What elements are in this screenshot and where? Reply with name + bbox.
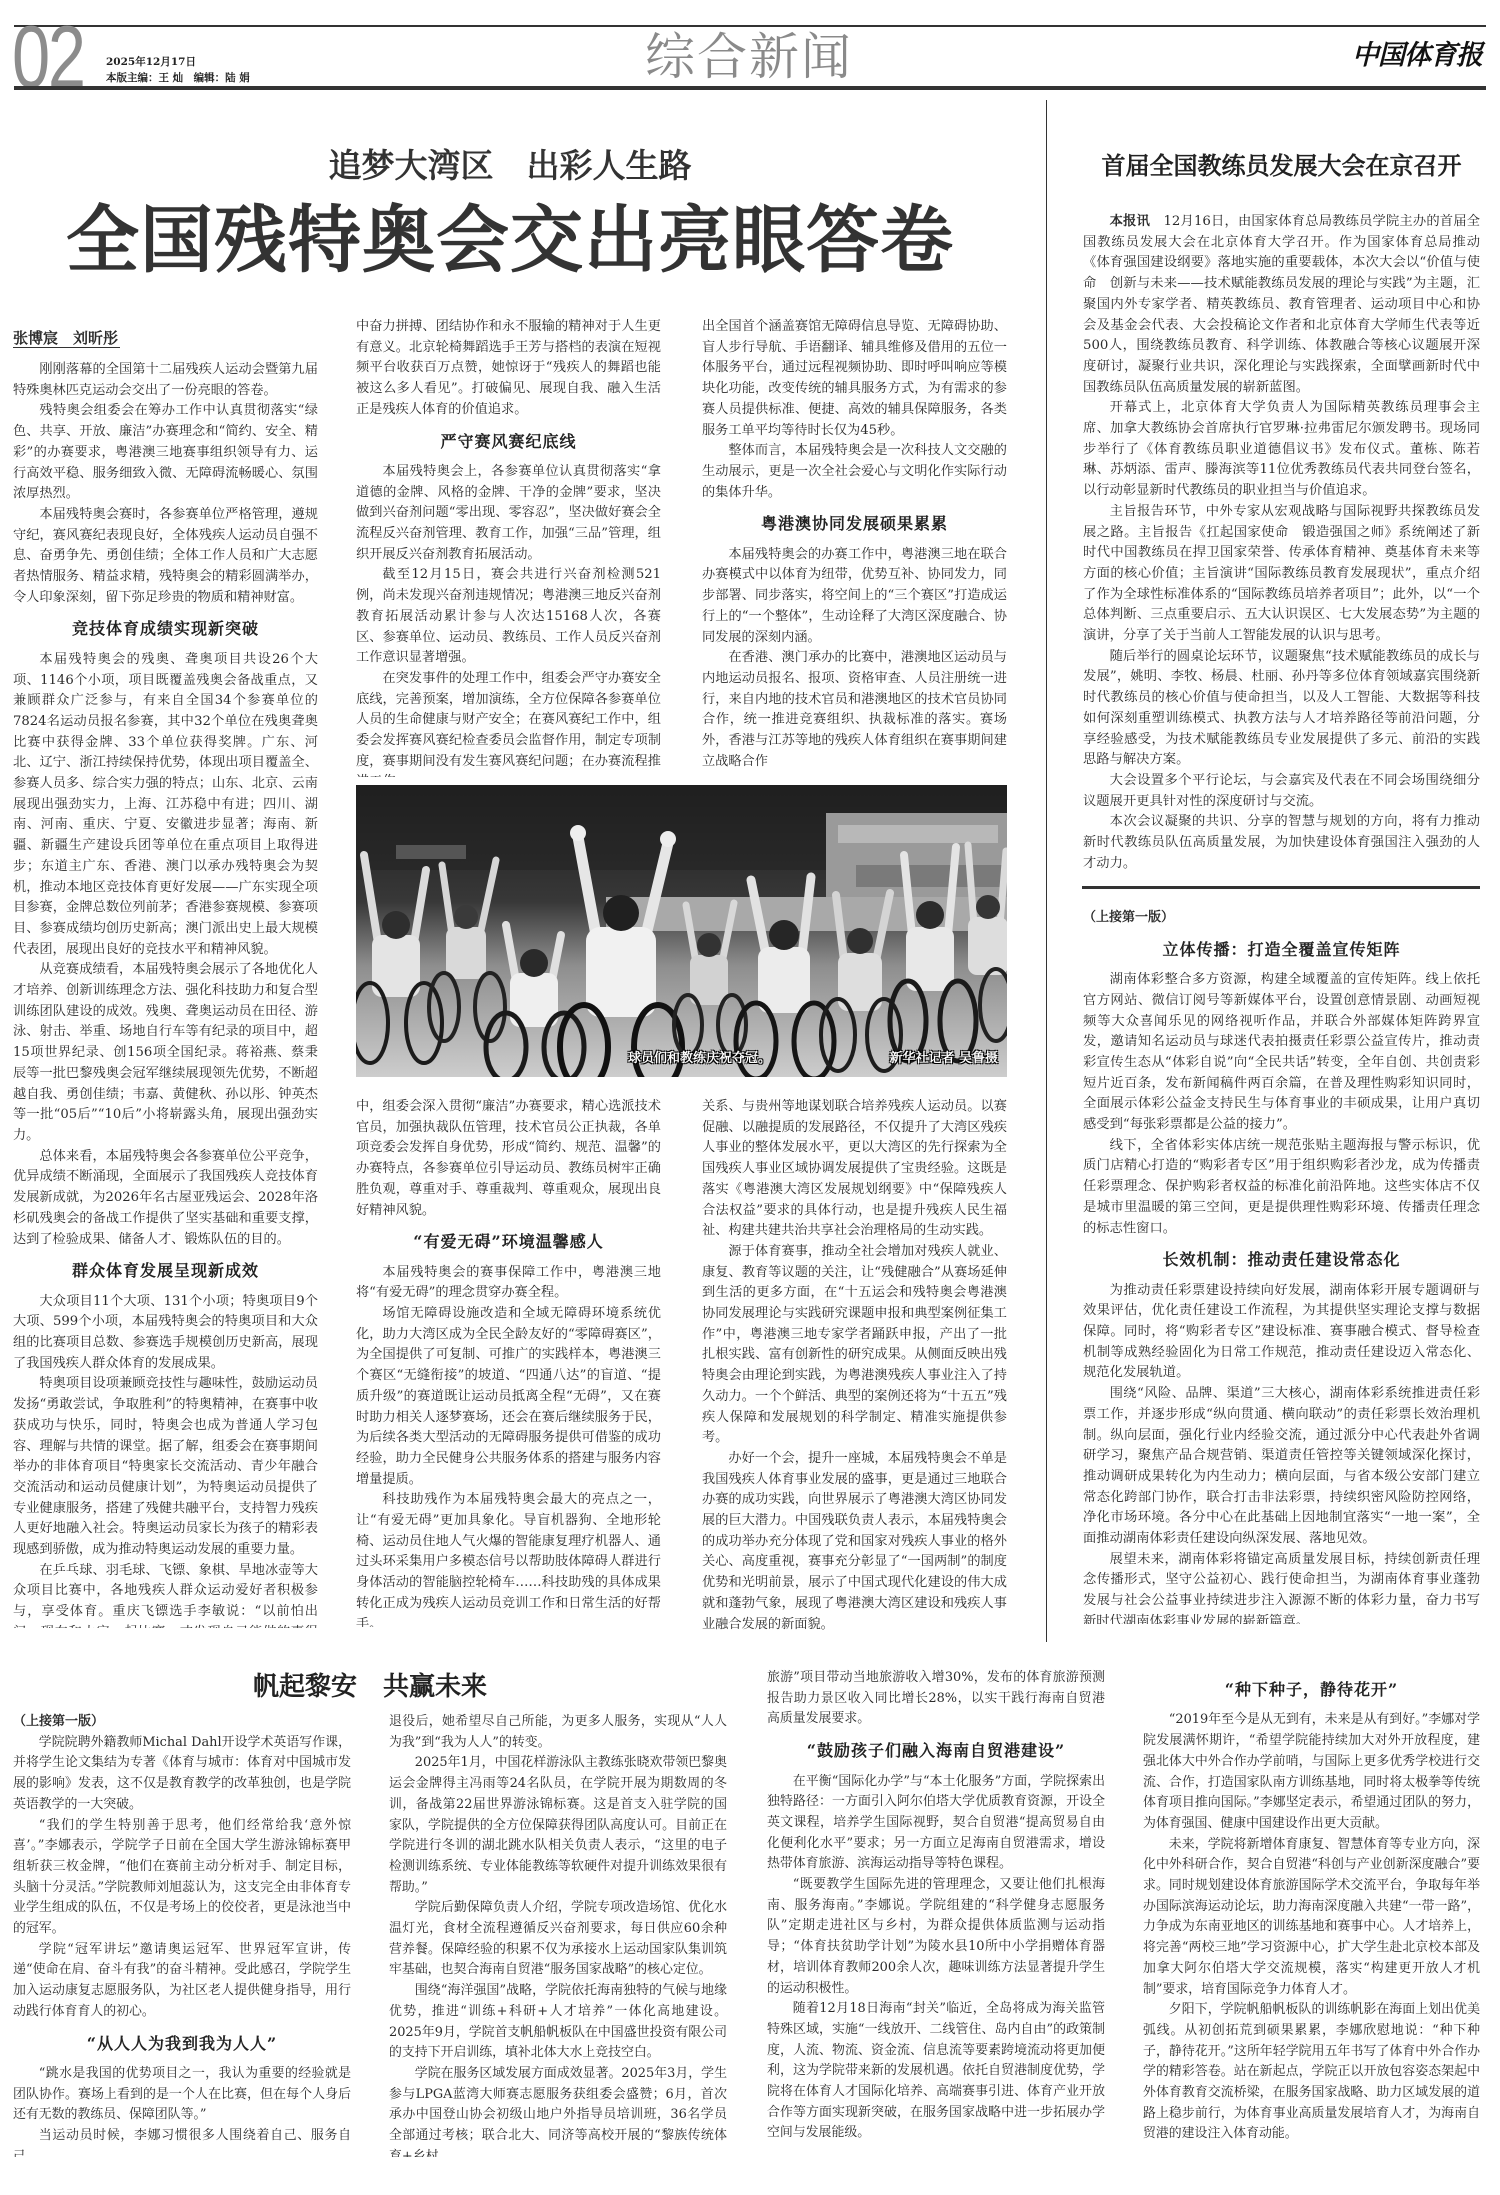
paragraph: 2025年1月，中国花样游泳队主教练张晓欢带领巴黎奥运会金牌得主冯雨等24名队员… <box>389 1753 727 1898</box>
issue-date: 2025年12月17日 <box>106 56 196 69</box>
section-heading: 长效机制：推动责任建设常态化 <box>1083 1239 1480 1280</box>
paragraph-continued: 中，组委会深入贯彻“廉洁”办赛要求，精心选派技术官员，加强执裁队伍管理，技术官员… <box>356 1097 661 1221</box>
vertical-column-divider <box>1046 100 1047 1642</box>
main-article-headline[interactable]: 全国残特奥会交出亮眼答卷 <box>13 203 1007 279</box>
continued-from-front-page-label: （上接第一版） <box>13 1712 351 1733</box>
paragraph: “跳水是我国的优势项目之一，我认为重要的经验就是团队协作。赛场上看到的是一个人在… <box>13 2064 351 2126</box>
paragraph: 本届残特奥会赛时，各参赛单位严格管理，遵规守纪，赛风赛纪表现良好，全体残疾人运动… <box>13 505 318 609</box>
paragraph: 特奥项目设项兼顾竞技性与趣味性，鼓励运动员发扬“勇敢尝试，争取胜利”的特奥精神，… <box>13 1374 318 1560</box>
paragraph: 学院在服务区域发展方面成效显著。2025年3月，学生参与LPGA蓝湾大师赛志愿服… <box>389 2064 727 2157</box>
photo-credit: 新华社记者 吴鲁摄 <box>889 1051 998 1067</box>
paragraph: 当运动员时候，李娜习惯很多人围绕着自己、服务自己。 <box>13 2126 351 2157</box>
bottom-article-column-2: 退役后，她希望尽自己所能，为更多人服务，实现从“人人为我”到“我为人人”的转变。… <box>389 1712 727 2157</box>
paragraph: 学院“冠军讲坛”邀请奥运冠军、世界冠军宣讲，传递“使命在肩、奋斗有我”的奋斗精神… <box>13 1940 351 2023</box>
main-article-subtitle: 追梦大湾区 出彩人生路 <box>13 148 1007 184</box>
paragraph: 本届残特奥会的残奥、聋奥项目共设26个大项、1146个小项，项目既覆盖残奥会备战… <box>13 650 318 961</box>
paragraph: 主旨报告环节，中外专家从宏观战略与国际视野共探教练员发展之路。主旨报告《扛起国家… <box>1083 502 1480 647</box>
paragraph: 科技助残作为本届残特奥会最大的亮点之一，让“有爱无碍”更加具象化。导盲机器狗、全… <box>356 1490 661 1627</box>
paragraph: 大众项目11个大项、131个小项；特奥项目9个大项、599个小项，本届残特奥会的… <box>13 1292 318 1375</box>
paragraph: 办好一个会，提升一座城，本届残特奥会不单是我国残疾人体育事业发展的盛事，更是通过… <box>702 1449 1007 1635</box>
paragraph: 学院后勤保障负责人介绍，学院专项改造场馆、优化水温灯光，食材全流程遵循反兴奋剂要… <box>389 1898 727 1981</box>
section-heading: “有爱无碍”环境温馨感人 <box>356 1221 661 1262</box>
paragraph: 线下，全省体彩实体店统一规范张贴主题海报与警示标识，优质门店精心打造的“购彩者专… <box>1083 1136 1480 1240</box>
bottom-article-column-3: 旅游”项目带动当地旅游收入增30%，发布的体育旅游预测报告助力景区收入同比增长2… <box>767 1668 1105 2157</box>
bottom-article-column-4: “种下种子，静待花开” “2019年至今是从无到有，未来是从有到好。”李娜对学院… <box>1143 1669 1480 2157</box>
dateline-label: 本报讯 <box>1110 214 1150 229</box>
coach-article-body: 本报讯 12月16日，由国家体育总局教练员学院主办的首届全国教练员发展大会在北京… <box>1083 212 1480 874</box>
main-article-byline: 张博宸 刘昕彤 <box>13 329 120 348</box>
paragraph: 整体而言，本届残特奥会是一次科技人文交融的生动展示，更是一次全社会爱心与文明化作… <box>702 441 1007 503</box>
editors-credit: 本版主编：王 灿 编辑：陆 娟 <box>106 72 250 85</box>
paragraph: 截至12月15日，赛会共进行兴奋剂检测521例，尚未发现兴奋剂违规情况；粤港澳三… <box>356 565 661 669</box>
section-heading: “从人人为我到我为人人” <box>13 2023 351 2064</box>
paragraph: 大会设置多个平行论坛，与会嘉宾及代表在不同会场围绕细分议题展开更具针对性的深度研… <box>1083 771 1480 812</box>
paragraph-text: 12月16日，由国家体育总局教练员学院主办的首届全国教练员发展大会在北京体育大学… <box>1083 214 1480 395</box>
paragraph: 为推动责任彩票建设持续向好发展，湖南体彩开展专题调研与效果评估，优化责任建设工作… <box>1083 1281 1480 1385</box>
paragraph: 围绕“风险、品牌、渠道”三大核心，湖南体彩系统推进责任彩票工作，并逐步形成“纵向… <box>1083 1384 1480 1550</box>
paragraph: 总体来看，本届残特奥会各参赛单位公平竞争，优异成绩不断涌现，全面展示了我国残疾人… <box>13 1147 318 1251</box>
bottom-article-column-1: （上接第一版） 学院院聘外籍教师Michal Dahl开设学术英语写作课，并将学… <box>13 1712 351 2157</box>
paragraph: 在香港、澳门承办的比赛中，港澳地区运动员与内地运动员报名、报项、资格审查、人员注… <box>702 648 1007 772</box>
paragraph-continued: 旅游”项目带动当地旅游收入增30%，发布的体育旅游预测报告助力景区收入同比增长2… <box>767 1668 1105 1730</box>
page-number: 02 <box>12 13 84 93</box>
paragraph: 本届残特奥会的赛事保障工作中，粤港澳三地将“有爱无碍”的理念贯穿办赛全程。 <box>356 1263 661 1304</box>
paragraph: 展望未来，湖南体彩将锚定高质量发展目标，持续创新责任理念传播形式，坚守公益初心、… <box>1083 1550 1480 1624</box>
continued-from-front-page-label: （上接第一版） <box>1083 908 1480 929</box>
paragraph-continued: 出全国首个涵盖赛馆无障碍信息导览、无障碍协助、盲人步行导航、手语翻译、辅具维修及… <box>702 317 1007 441</box>
paragraph: “既要教学生国际先进的管理理念，又要让他们扎根海南、服务海南。”李娜说。学院组建… <box>767 1875 1105 1999</box>
paragraph: 随后举行的圆桌论坛环节，议题聚焦“技术赋能教练员的成长与发展”，姚明、李牧、杨晨… <box>1083 647 1480 771</box>
paragraph: 围绕“海洋强国”战略，学院依托海南独特的气候与地缘优势，推进“训练+科研+人才培… <box>389 1981 727 2064</box>
paragraph: 随着12月18日海南“封关”临近，全岛将成为海关监管特殊区域，实施“一线放开、二… <box>767 1999 1105 2144</box>
paragraph: 从竞赛成绩看，本届残特奥会展示了各地优化人才培养、创新训练理念方法、强化科技助力… <box>13 960 318 1146</box>
paragraph: 开幕式上，北京体育大学负责人为国际精英教练员理事会主席、加拿大教练协会首席执行官… <box>1083 398 1480 502</box>
article-separator-rule <box>1082 886 1480 889</box>
paragraph: 本届残特奥会上，各参赛单位认真贯彻落实“拿道德的金牌、风格的金牌、干净的金牌”要… <box>356 462 661 566</box>
main-article-column-2-upper: 中奋力拼搏、团结协作和永不服输的精神对于人生更有意义。北京轮椅舞蹈选手王芳与搭档… <box>356 317 661 777</box>
celebration-photo: 球员们和教练庆祝夺冠。 新华社记者 吴鲁摄 <box>356 785 1007 1077</box>
paragraph: 在突发事件的处理工作中，组委会严守办赛安全底线，完善预案，增加演练，全方位保障各… <box>356 669 661 777</box>
paragraph: 湖南体彩整合多方资源，构建全域覆盖的宣传矩阵。线上依托官方网站、微信订阅号等新媒… <box>1083 970 1480 1136</box>
section-heading: 群众体育发展呈现新成效 <box>13 1250 318 1291</box>
section-heading: 立体传播：打造全覆盖宣传矩阵 <box>1083 929 1480 970</box>
paragraph: 本报讯 12月16日，由国家体育总局教练员学院主办的首届全国教练员发展大会在北京… <box>1083 212 1480 398</box>
section-heading: 严守赛风赛纪底线 <box>356 421 661 462</box>
paragraph: 学院院聘外籍教师Michal Dahl开设学术英语写作课，并将学生论文集结为专著… <box>13 1733 351 1816</box>
section-heading: “鼓励孩子们融入海南自贸港建设” <box>767 1730 1105 1771</box>
wheelchair-basketball-celebration-image <box>356 785 1007 1077</box>
main-article-column-3-upper: 出全国首个涵盖赛馆无障碍信息导览、无障碍协助、盲人步行导航、手语翻译、辅具维修及… <box>702 317 1007 777</box>
section-title: 综合新闻 <box>596 30 902 84</box>
header-top-rule <box>14 25 1486 27</box>
paragraph-continued: 中奋力拼搏、团结协作和永不服输的精神对于人生更有意义。北京轮椅舞蹈选手王芳与搭档… <box>356 317 661 421</box>
paragraph: 源于体育赛事，推动全社会增加对残疾人就业、康复、教育等议题的关注，让“残健融合”… <box>702 1242 1007 1449</box>
paragraph: 本届残特奥会的办赛工作中，粤港澳三地在联合办赛模式中以体育为纽带，优势互补、协同… <box>702 545 1007 649</box>
paragraph: 在乒乓球、羽毛球、飞镖、象棋、旱地冰壶等大众项目比赛中，各地残疾人群众运动爱好者… <box>13 1561 318 1628</box>
newspaper-masthead-logo: 中国体育报 <box>1352 36 1482 76</box>
lottery-article-body: （上接第一版） 立体传播：打造全覆盖宣传矩阵 湖南体彩整合多方资源，构建全域覆盖… <box>1083 908 1480 1624</box>
paragraph: 在平衡“国际化办学”与“本土化服务”方面，学院探索出独特路径：一方面引入阿尔伯塔… <box>767 1772 1105 1876</box>
paragraph-continued: 退役后，她希望尽自己所能，为更多人服务，实现从“人人为我”到“我为人人”的转变。 <box>389 1712 727 1753</box>
main-article-column-1: 刚刚落幕的全国第十二届残疾人运动会暨第九届特殊奥林匹克运动会交出了一份亮眼的答卷… <box>13 360 318 1628</box>
main-article-column-3-lower: 关系、与贵州等地谋划联合培养残疾人运动员。以赛促融、以融提质的发展路径，不仅提升… <box>702 1097 1007 1645</box>
section-heading: “种下种子，静待花开” <box>1143 1669 1480 1710</box>
paragraph: “我们的学生特别善于思考，他们经常给我‘意外惊喜’。”李娜表示，学院学子日前在全… <box>13 1816 351 1940</box>
paragraph: 场馆无障碍设施改造和全域无障碍环境系统优化，助力大湾区成为全民全龄友好的“零障碍… <box>356 1304 661 1490</box>
photo-caption: 球员们和教练庆祝夺冠。 <box>628 1051 771 1067</box>
paragraph: 未来，学院将新增体育康复、智慧体育等专业方向，深化中外科研合作，契合自贸港“科创… <box>1143 1835 1480 2001</box>
header-bottom-rule <box>14 86 1486 90</box>
paragraph: 刚刚落幕的全国第十二届残疾人运动会暨第九届特殊奥林匹克运动会交出了一份亮眼的答卷… <box>13 360 318 401</box>
main-article-column-2-lower: 中，组委会深入贯彻“廉洁”办赛要求，精心选派技术官员，加强执裁队伍管理，技术官员… <box>356 1097 661 1627</box>
bottom-article-headline[interactable]: 帆起黎安 共赢未来 <box>13 1672 727 1702</box>
paragraph: 残特奥会组委会在筹办工作中认真贯彻落实“绿色、共享、开放、廉洁”办赛理念和“简约… <box>13 401 318 505</box>
coach-article-headline[interactable]: 首届全国教练员发展大会在京召开 <box>1083 151 1480 181</box>
section-heading: 竞技体育成绩实现新突破 <box>13 608 318 649</box>
paragraph: 夕阳下，学院帆船帆板队的训练帆影在海面上划出优美弧线。从初创拓荒到硕果累累，李娜… <box>1143 2000 1480 2145</box>
section-heading: 粤港澳协同发展硕果累累 <box>702 503 1007 544</box>
paragraph: “2019年至今是从无到有，未来是从有到好。”李娜对学院发展满怀期许，“希望学院… <box>1143 1710 1480 1834</box>
paragraph: 本次会议凝聚的共识、分享的智慧与规划的方向，将有力推动新时代教练员队伍高质量发展… <box>1083 812 1480 874</box>
paragraph-continued: 关系、与贵州等地谋划联合培养残疾人运动员。以赛促融、以融提质的发展路径，不仅提升… <box>702 1097 1007 1242</box>
